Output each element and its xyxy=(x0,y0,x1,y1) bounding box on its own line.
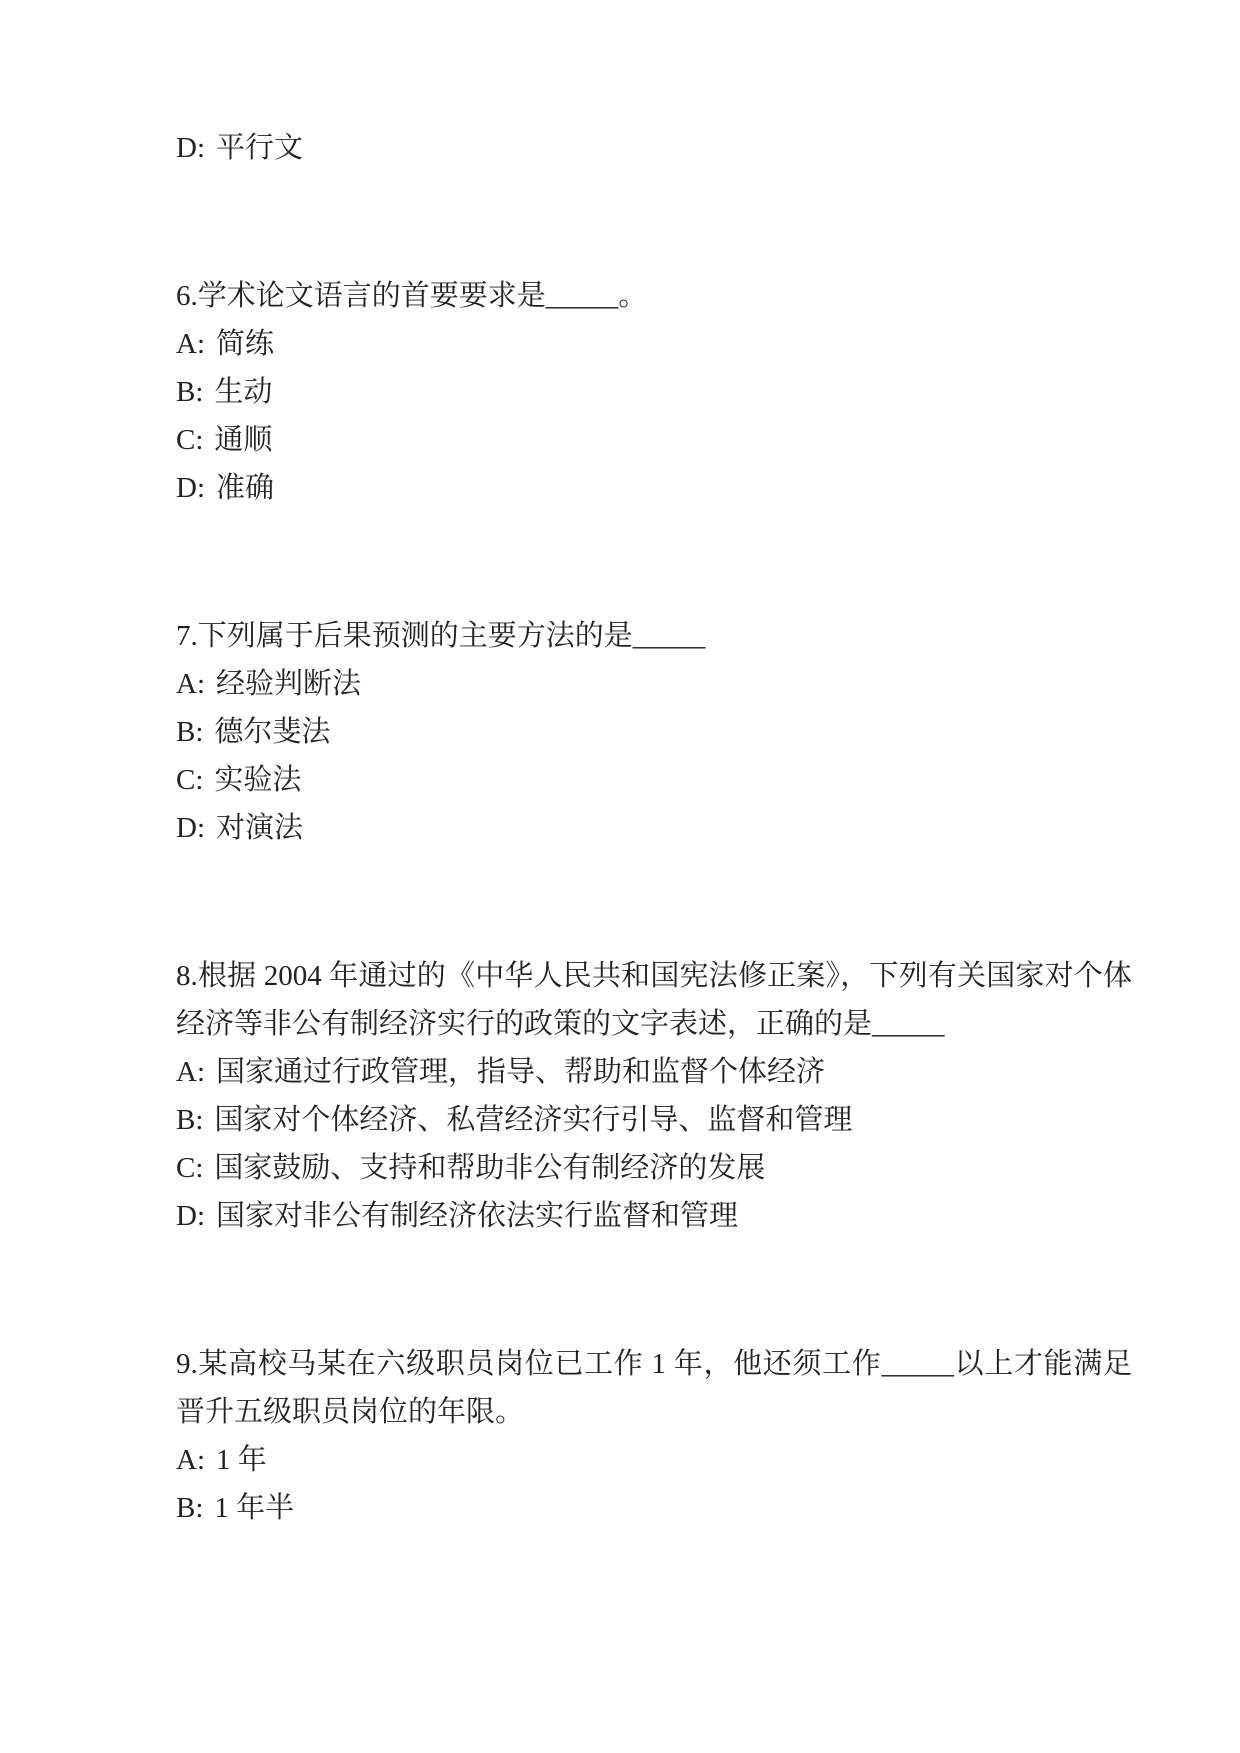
question-text: 8.根据 2004 年通过的《中华人民共和国宪法修正案》，下列有关国家对个体经济… xyxy=(176,952,1132,1048)
option-row: C:通顺 xyxy=(176,416,1132,464)
question-text: 9.某高校马某在六级职员岗位已工作 1 年，他还须工作_____以上才能满足晋升… xyxy=(176,1340,1132,1436)
option-row: A:1 年 xyxy=(176,1436,1132,1484)
option-row: A:国家通过行政管理，指导、帮助和监督个体经济 xyxy=(176,1048,1132,1096)
option-text: 平行文 xyxy=(216,132,303,164)
option-text: 准确 xyxy=(216,472,274,504)
option-text: 国家对非公有制经济依法实行监督和管理 xyxy=(216,1200,738,1232)
option-label: B: xyxy=(176,376,203,408)
option-text: 实验法 xyxy=(214,764,301,796)
option-text: 生动 xyxy=(214,376,272,408)
exam-document-page: D:平行文 6.学术论文语言的首要要求是_____。 A:简练 B:生动 C:通… xyxy=(0,0,1240,1753)
option-row: B:生动 xyxy=(176,368,1132,416)
option-label: A: xyxy=(176,668,205,700)
option-row: D:对演法 xyxy=(176,804,1132,852)
option-text: 经验判断法 xyxy=(216,668,361,700)
option-text: 国家通过行政管理，指导、帮助和监督个体经济 xyxy=(216,1056,825,1088)
option-label: B: xyxy=(176,1104,203,1136)
option-label: D: xyxy=(176,1200,205,1232)
option-text: 简练 xyxy=(216,328,274,360)
option-row: B:国家对个体经济、私营经济实行引导、监督和管理 xyxy=(176,1096,1132,1144)
option-label: C: xyxy=(176,1152,203,1184)
option-text: 通顺 xyxy=(214,424,272,456)
option-label: C: xyxy=(176,764,203,796)
option-row: D:国家对非公有制经济依法实行监督和管理 xyxy=(176,1192,1132,1240)
option-text: 国家鼓励、支持和帮助非公有制经济的发展 xyxy=(214,1152,765,1184)
option-row: C:国家鼓励、支持和帮助非公有制经济的发展 xyxy=(176,1144,1132,1192)
option-label: C: xyxy=(176,424,203,456)
option-row: D:平行文 xyxy=(176,124,1132,172)
option-label: D: xyxy=(176,472,205,504)
option-label: D: xyxy=(176,132,205,164)
question-text: 6.学术论文语言的首要要求是_____。 xyxy=(176,272,1132,320)
question-text: 7.下列属于后果预测的主要方法的是_____ xyxy=(176,612,1132,660)
option-label: A: xyxy=(176,328,205,360)
question-block-6: 6.学术论文语言的首要要求是_____。 A:简练 B:生动 C:通顺 D:准确 xyxy=(176,272,1132,512)
option-label: A: xyxy=(176,1444,205,1476)
question-block-9: 9.某高校马某在六级职员岗位已工作 1 年，他还须工作_____以上才能满足晋升… xyxy=(176,1340,1132,1532)
option-text: 德尔斐法 xyxy=(214,716,330,748)
option-label: B: xyxy=(176,1492,203,1524)
option-row: A:经验判断法 xyxy=(176,660,1132,708)
option-label: B: xyxy=(176,716,203,748)
option-row: B:德尔斐法 xyxy=(176,708,1132,756)
option-text: 1 年 xyxy=(216,1444,267,1476)
option-row: A:简练 xyxy=(176,320,1132,368)
option-label: A: xyxy=(176,1056,205,1088)
option-text: 对演法 xyxy=(216,812,303,844)
option-text: 1 年半 xyxy=(214,1492,294,1524)
option-row: D:准确 xyxy=(176,464,1132,512)
question-block-8: 8.根据 2004 年通过的《中华人民共和国宪法修正案》，下列有关国家对个体经济… xyxy=(176,952,1132,1240)
question-block-7: 7.下列属于后果预测的主要方法的是_____ A:经验判断法 B:德尔斐法 C:… xyxy=(176,612,1132,852)
option-row: B:1 年半 xyxy=(176,1484,1132,1532)
option-label: D: xyxy=(176,812,205,844)
option-text: 国家对个体经济、私营经济实行引导、监督和管理 xyxy=(214,1104,852,1136)
option-row: C:实验法 xyxy=(176,756,1132,804)
